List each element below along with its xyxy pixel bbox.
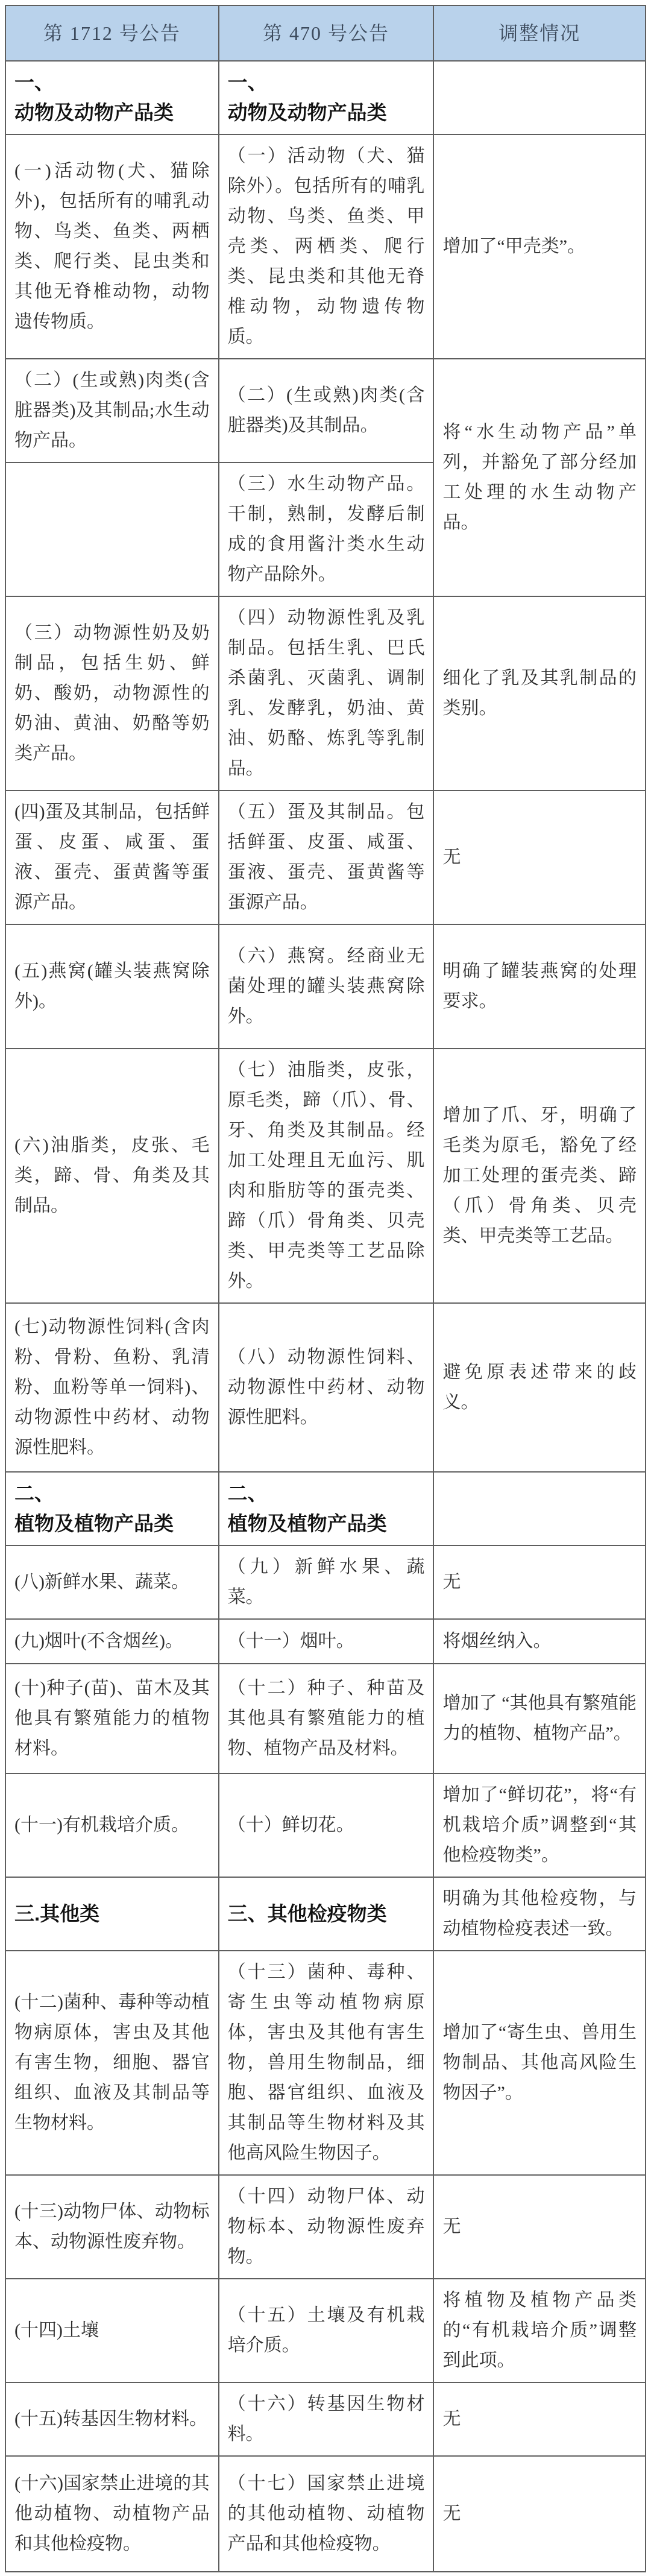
table-row: (十五)转基因生物材料。 （十六）转基因生物材料。 无: [5, 2382, 646, 2456]
cell-r1-470: （一）活动物（犬、猫除外）。包括所有的哺乳动物、鸟类、鱼类、甲壳类、两栖类、爬行…: [219, 134, 434, 359]
cell-r12-1712: (十二)菌种、毒种等动植物病原体，害虫及其他有害生物，细胞、器官组织、血液及其制…: [5, 1951, 219, 2175]
table-row: (十一)有机栽培介质。 （十）鲜切花。 增加了“鲜切花”，将“有机栽培介质”调整…: [5, 1773, 646, 1877]
cell-r13-470: （十四）动物尸体、动物标本、动物源性废弃物。: [219, 2175, 434, 2279]
cell-r14-1712: (十四)土壤: [5, 2279, 219, 2382]
cell-sec1-adjust-empty: [433, 61, 646, 134]
cell-r16-1712: (十六)国家禁止进境的其他动植物、动植物产品和其他检疫物。: [5, 2456, 219, 2572]
section-row-animals: 一、动物及动物产品类 一、动物及动物产品类: [5, 61, 646, 134]
cell-r9-470: （十一）烟叶。: [219, 1619, 434, 1664]
table-row: (五)燕窝(罐头装燕窝除外)。 （六）燕窝。经商业无菌处理的罐头装燕窝除外。 明…: [5, 924, 646, 1049]
cell-r12-adjust: 增加了“寄生虫、兽用生物制品、其他高风险生物因子”。: [433, 1951, 646, 2175]
cell-r1-adjust: 增加了“甲壳类”。: [433, 134, 646, 359]
cell-r5-1712: (五)燕窝(罐头装燕窝除外)。: [5, 924, 219, 1049]
cell-r16-470: （十七）国家禁止进境的其他动植物、动植物产品和其他检疫物。: [219, 2456, 434, 2572]
table-row: (十二)菌种、毒种等动植物病原体，害虫及其他有害生物，细胞、器官组织、血液及其制…: [5, 1951, 646, 2175]
cell-r15-1712: (十五)转基因生物材料。: [5, 2382, 219, 2456]
cell-r8-470: （九）新鲜水果、蔬菜。: [219, 1545, 434, 1619]
cell-r16-adjust: 无: [433, 2456, 646, 2572]
table-row: (七)动物源性饲料(含肉粉、骨粉、鱼粉、乳清粉、血粉等单一饲料)、动物源性中药材…: [5, 1303, 646, 1472]
cell-r3-470: （四）动物源性乳及乳制品。包括生乳、巴氏杀菌乳、灭菌乳、调制乳、发酵乳，奶油、黄…: [219, 596, 434, 791]
cell-r2-470: （二）(生或熟)肉类(含脏器类)及其制品。: [219, 359, 434, 462]
cell-sec2-1712: 二、植物及植物产品类: [5, 1472, 219, 1545]
cell-r11-1712: (十一)有机栽培介质。: [5, 1773, 219, 1877]
cell-r8-1712: (八)新鲜水果、蔬菜。: [5, 1545, 219, 1619]
cell-r4-470: （五）蛋及其制品。包括鲜蛋、皮蛋、咸蛋、蛋液、蛋壳、蛋黄酱等蛋源产品。: [219, 791, 434, 924]
cell-r11-adjust: 增加了“鲜切花”，将“有机栽培介质”调整到“其他检疫物类”。: [433, 1773, 646, 1877]
cell-r5-470: （六）燕窝。经商业无菌处理的罐头装燕窝除外。: [219, 924, 434, 1049]
header-cell-470: 第 470 号公告: [219, 5, 434, 61]
cell-r2b-1712-empty: [5, 462, 219, 596]
cell-r1-1712: (一)活动物(犬、猫除外)，包括所有的哺乳动物、鸟类、鱼类、两栖类、爬行类、昆虫…: [5, 134, 219, 359]
cell-r13-adjust: 无: [433, 2175, 646, 2279]
comparison-table: 第 1712 号公告 第 470 号公告 调整情况 一、动物及动物产品类 一、动…: [5, 5, 646, 2572]
cell-r2b-470: （三）水生动物产品。干制，熟制，发酵后制成的食用酱汁类水生动物产品除外。: [219, 462, 434, 596]
cell-sec2-470: 二、植物及植物产品类: [219, 1472, 434, 1545]
cell-r6-1712: (六)油脂类，皮张、毛类，蹄、骨、角类及其制品。: [5, 1049, 219, 1303]
cell-r10-1712: (十)种子(苗)、苗木及其他具有繁殖能力的植物材料。: [5, 1664, 219, 1773]
cell-r10-adjust: 增加了 “其他具有繁殖能力的植物、植物产品”。: [433, 1664, 646, 1773]
header-cell-adjust: 调整情况: [433, 5, 646, 61]
cell-sec3-470: 三、其他检疫物类: [219, 1877, 434, 1951]
cell-r3-adjust: 细化了乳及其乳制品的类别。: [433, 596, 646, 791]
cell-r5-adjust: 明确了罐装燕窝的处理要求。: [433, 924, 646, 1049]
table-row: (六)油脂类，皮张、毛类，蹄、骨、角类及其制品。 （七）油脂类，皮张，原毛类，蹄…: [5, 1049, 646, 1303]
cell-r4-adjust: 无: [433, 791, 646, 924]
cell-r7-470: （八）动物源性饲料、动物源性中药材、动物源性肥料。: [219, 1303, 434, 1472]
cell-r2-1712: （二）(生或熟)肉类(含脏器类)及其制品;水生动物产品。: [5, 359, 219, 462]
header-row: 第 1712 号公告 第 470 号公告 调整情况: [5, 5, 646, 61]
cell-sec1-1712: 一、动物及动物产品类: [5, 61, 219, 134]
cell-r7-1712: (七)动物源性饲料(含肉粉、骨粉、鱼粉、乳清粉、血粉等单一饲料)、动物源性中药材…: [5, 1303, 219, 1472]
cell-r6-adjust: 增加了爪、牙，明确了毛类为原毛，豁免了经加工处理的蛋壳类、蹄（爪）骨角类、贝壳类…: [433, 1049, 646, 1303]
cell-r3-1712: （三）动物源性奶及奶制品，包括生奶、鲜奶、酸奶，动物源性的奶油、黄油、奶酪等奶类…: [5, 596, 219, 791]
header-cell-1712: 第 1712 号公告: [5, 5, 219, 61]
table-row: (十六)国家禁止进境的其他动植物、动植物产品和其他检疫物。 （十七）国家禁止进境…: [5, 2456, 646, 2572]
cell-r10-470: （十二）种子、种苗及其他具有繁殖能力的植物、植物产品及材料。: [219, 1664, 434, 1773]
cell-r11-470: （十）鲜切花。: [219, 1773, 434, 1877]
cell-r13-1712: (十三)动物尸体、动物标本、动物源性废弃物。: [5, 2175, 219, 2279]
cell-sec3-1712: 三.其他类: [5, 1877, 219, 1951]
cell-r2-adjust-merged: 将“水生动物产品”单列，并豁免了部分经加工处理的水生动物产品。: [433, 359, 646, 596]
cell-r7-adjust: 避免原表述带来的歧义。: [433, 1303, 646, 1472]
cell-r15-adjust: 无: [433, 2382, 646, 2456]
table-row: (十四)土壤 （十五）土壤及有机栽培介质。 将植物及植物产品类的“有机栽培介质”…: [5, 2279, 646, 2382]
cell-r8-adjust: 无: [433, 1545, 646, 1619]
table-row: (八)新鲜水果、蔬菜。 （九）新鲜水果、蔬菜。 无: [5, 1545, 646, 1619]
cell-r9-adjust: 将烟丝纳入。: [433, 1619, 646, 1664]
table-row: (一)活动物(犬、猫除外)，包括所有的哺乳动物、鸟类、鱼类、两栖类、爬行类、昆虫…: [5, 134, 646, 359]
cell-sec1-470: 一、动物及动物产品类: [219, 61, 434, 134]
table-row: （二）(生或熟)肉类(含脏器类)及其制品;水生动物产品。 （二）(生或熟)肉类(…: [5, 359, 646, 462]
document-page: 第 1712 号公告 第 470 号公告 调整情况 一、动物及动物产品类 一、动…: [0, 0, 651, 2576]
table-row: （三）动物源性奶及奶制品，包括生奶、鲜奶、酸奶，动物源性的奶油、黄油、奶酪等奶类…: [5, 596, 646, 791]
cell-r4-1712: (四)蛋及其制品，包括鲜蛋、皮蛋、咸蛋、蛋液、蛋壳、蛋黄酱等蛋源产品。: [5, 791, 219, 924]
section-row-others: 三.其他类 三、其他检疫物类 明确为其他检疫物，与动植物检疫表述一致。: [5, 1877, 646, 1951]
table-row: (九)烟叶(不含烟丝)。 （十一）烟叶。 将烟丝纳入。: [5, 1619, 646, 1664]
cell-r12-470: （十三）菌种、毒种、寄生虫等动植物病原体，害虫及其他有害生物，兽用生物制品，细胞…: [219, 1951, 434, 2175]
table-row: (十三)动物尸体、动物标本、动物源性废弃物。 （十四）动物尸体、动物标本、动物源…: [5, 2175, 646, 2279]
cell-r14-adjust: 将植物及植物产品类的“有机栽培介质”调整到此项。: [433, 2279, 646, 2382]
cell-r14-470: （十五）土壤及有机栽培介质。: [219, 2279, 434, 2382]
cell-r9-1712: (九)烟叶(不含烟丝)。: [5, 1619, 219, 1664]
table-row: (四)蛋及其制品，包括鲜蛋、皮蛋、咸蛋、蛋液、蛋壳、蛋黄酱等蛋源产品。 （五）蛋…: [5, 791, 646, 924]
table-row: (十)种子(苗)、苗木及其他具有繁殖能力的植物材料。 （十二）种子、种苗及其他具…: [5, 1664, 646, 1773]
cell-sec2-adjust-empty: [433, 1472, 646, 1545]
cell-r15-470: （十六）转基因生物材料。: [219, 2382, 434, 2456]
section-row-plants: 二、植物及植物产品类 二、植物及植物产品类: [5, 1472, 646, 1545]
cell-r6-470: （七）油脂类，皮张，原毛类，蹄（爪）、骨、牙、角类及其制品。经加工处理且无血污、…: [219, 1049, 434, 1303]
cell-sec3-adjust: 明确为其他检疫物，与动植物检疫表述一致。: [433, 1877, 646, 1951]
